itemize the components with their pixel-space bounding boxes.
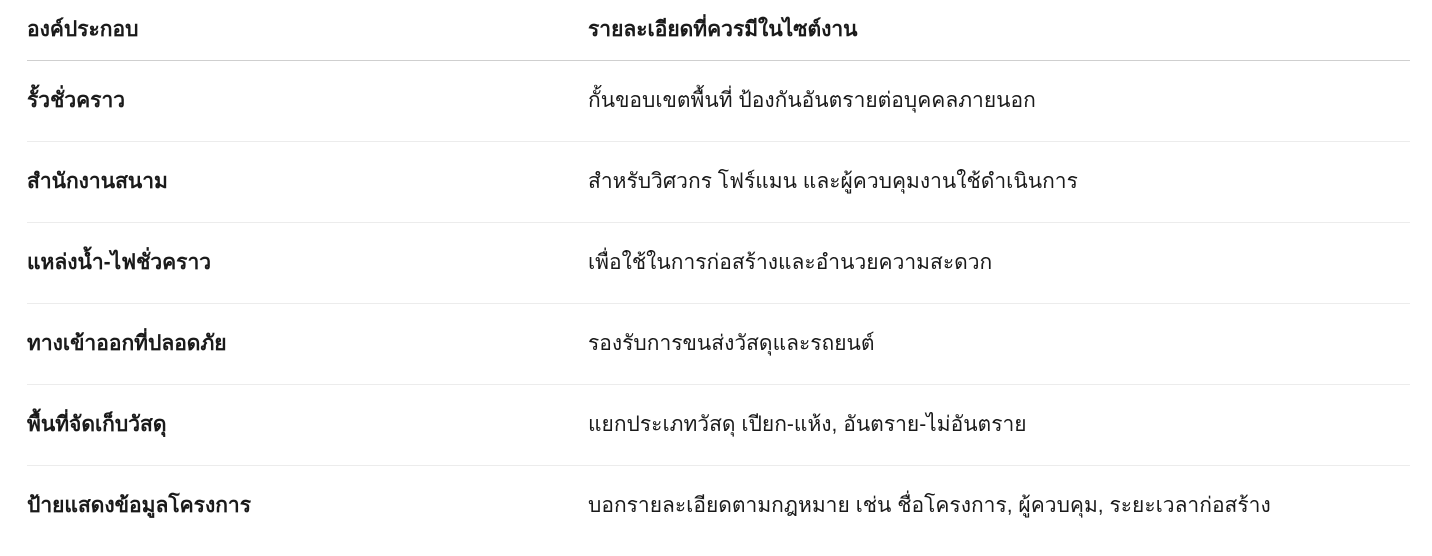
table-row: แหล่งน้ำ-ไฟชั่วคราว เพื่อใช้ในการก่อสร้า… [27,223,1410,304]
component-cell: ป้ายแสดงข้อมูลโครงการ [27,492,588,519]
detail-cell: สำหรับวิศวกร โฟร์แมน และผู้ควบคุมงานใช้ด… [588,168,1410,195]
header-component: องค์ประกอบ [27,16,588,43]
detail-cell: เพื่อใช้ในการก่อสร้างและอำนวยความสะดวก [588,249,1410,276]
table-row: พื้นที่จัดเก็บวัสดุ แยกประเภทวัสดุ เปียก… [27,385,1410,466]
detail-cell: บอกรายละเอียดตามกฎหมาย เช่น ชื่อโครงการ,… [588,492,1410,519]
header-detail: รายละเอียดที่ควรมีในไซต์งาน [588,16,1410,43]
table-header-row: องค์ประกอบ รายละเอียดที่ควรมีในไซต์งาน [27,0,1410,61]
table-row: ป้ายแสดงข้อมูลโครงการ บอกรายละเอียดตามกฎ… [27,466,1410,546]
component-cell: แหล่งน้ำ-ไฟชั่วคราว [27,249,588,276]
site-components-table: องค์ประกอบ รายละเอียดที่ควรมีในไซต์งาน ร… [27,0,1410,546]
table-row: ทางเข้าออกที่ปลอดภัย รองรับการขนส่งวัสดุ… [27,304,1410,385]
detail-cell: แยกประเภทวัสดุ เปียก-แห้ง, อันตราย-ไม่อั… [588,411,1410,438]
component-cell: สำนักงานสนาม [27,168,588,195]
table-row: สำนักงานสนาม สำหรับวิศวกร โฟร์แมน และผู้… [27,142,1410,223]
component-cell: รั้วชั่วคราว [27,87,588,114]
detail-cell: กั้นขอบเขตพื้นที่ ป้องกันอันตรายต่อบุคคล… [588,87,1410,114]
component-cell: พื้นที่จัดเก็บวัสดุ [27,411,588,438]
component-cell: ทางเข้าออกที่ปลอดภัย [27,330,588,357]
detail-cell: รองรับการขนส่งวัสดุและรถยนต์ [588,330,1410,357]
table-row: รั้วชั่วคราว กั้นขอบเขตพื้นที่ ป้องกันอั… [27,61,1410,142]
page: องค์ประกอบ รายละเอียดที่ควรมีในไซต์งาน ร… [0,0,1432,556]
